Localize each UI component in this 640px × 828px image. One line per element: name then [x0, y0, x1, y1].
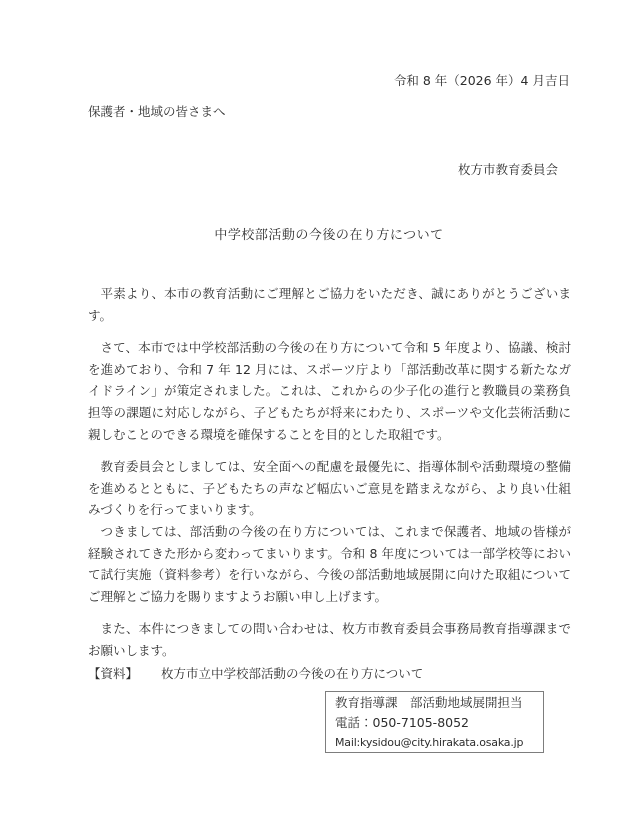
contact-department: 教育指導課 部活動地域展開担当 [335, 693, 537, 713]
date-line: 令和 8 年（2026 年）4 月吉日 [88, 70, 570, 92]
contact-box: 教育指導課 部活動地域展開担当 電話：050-7105-8052 Mail:ky… [325, 691, 544, 753]
document-page: 令和 8 年（2026 年）4 月吉日 保護者・地域の皆さまへ 枚方市教育委員会… [0, 0, 640, 828]
attachment-label: 【資料】 [88, 663, 138, 685]
contact-mail: Mail:kysidou@city.hirakata.osaka.jp [335, 733, 537, 753]
attachment-title: 枚方市立中学校部活動の今後の在り方について [161, 663, 423, 685]
document-title: 中学校部活動の今後の在り方について [88, 225, 570, 247]
letter-body: 平素より、本市の教育活動にご理解とご協力をいただき、誠にありがとうございます。 … [88, 283, 571, 662]
paragraph-greeting: 平素より、本市の教育活動にご理解とご協力をいただき、誠にありがとうございます。 [88, 283, 571, 326]
paragraph-request: つきましては、部活動の今後の在り方については、これまで保護者、地域の皆様が経験さ… [88, 521, 571, 608]
sender-line: 枚方市教育委員会 [88, 159, 558, 181]
paragraph-background: さて、本市では中学校部活動の今後の在り方について令和 5 年度より、協議、検討を… [88, 337, 571, 446]
contact-phone: 電話：050-7105-8052 [335, 713, 537, 733]
attachment-line: 【資料】 枚方市立中学校部活動の今後の在り方について [88, 663, 423, 685]
paragraph-inquiry: また、本件につきましての問い合わせは、枚方市教育委員会事務局教育指導課までお願い… [88, 618, 571, 661]
paragraph-policy: 教育委員会としましては、安全面への配慮を最優先に、指導体制や活動環境の整備を進め… [88, 456, 571, 521]
recipient-line: 保護者・地域の皆さまへ [88, 101, 226, 123]
